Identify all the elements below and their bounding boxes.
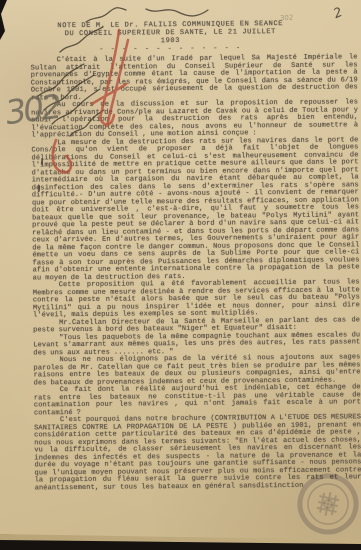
paragraph-2: Au cours de la discussion et sur la prop… [31,99,358,140]
paragraph-8: Ce fait dont la réalité aujourd'hui est … [34,384,361,417]
paragraph-4: Cette proposition qui a été favorablemen… [33,279,360,320]
margin-pencil-number: 302 [4,86,60,132]
paragraph-3: La mesure de la destruction des rats sur… [31,137,359,283]
document-title: NOTE DE M. LE Dr. FALILIS COMMUNIQUEE EN… [0,19,340,55]
document-photo: NOTE DE M. LE Dr. FALILIS COMMUNIQUEE EN… [0,0,361,550]
faint-offset-number: 302 [280,14,294,23]
paragraph-7: Nous ne nous éloignons pas de la vérité … [33,354,360,387]
circular-stamp-icon [290,466,361,542]
document-body: C'était à la suite d'un Iradé par lequel… [31,54,361,492]
margin-tick-mark [38,185,40,192]
paragraph-1: C'était à la suite d'un Iradé par lequel… [31,54,358,102]
